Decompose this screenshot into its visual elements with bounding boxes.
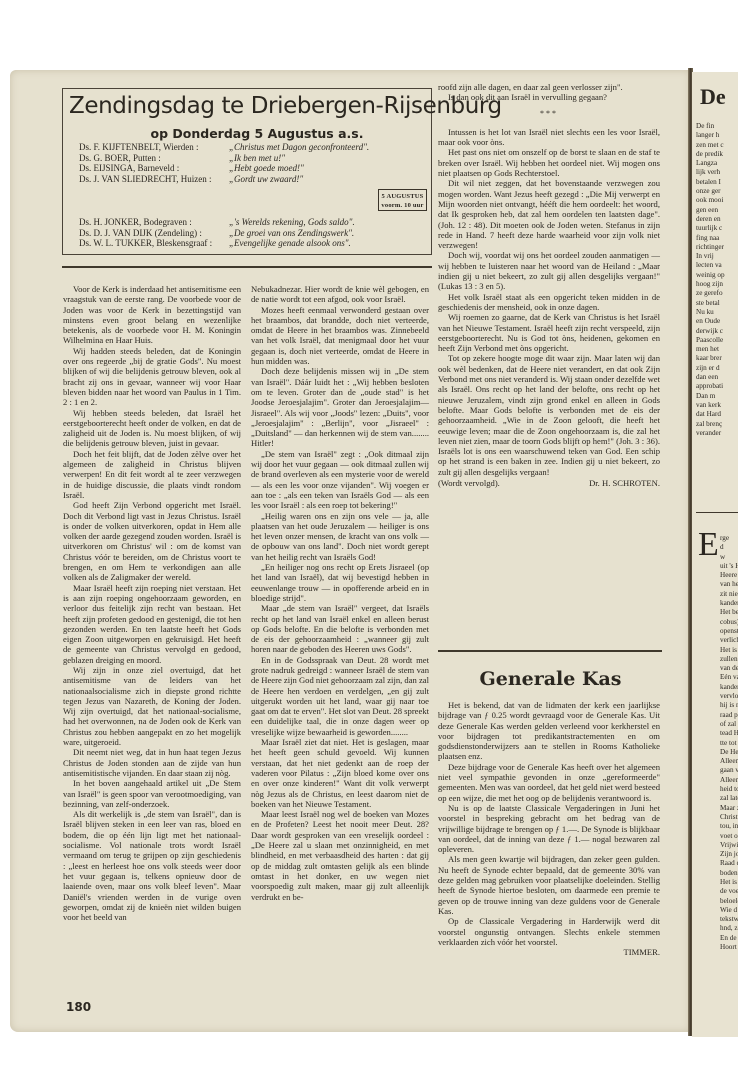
speaker-name: Ds. W. L. TUKKER, Bleskensgraaf : bbox=[79, 238, 229, 249]
text-line: Het is bbox=[720, 878, 738, 887]
paragraph: „Heilig waren ons en zijn ons vele — ja,… bbox=[251, 511, 429, 562]
speaker-topic: „'s Werelds rekening, Gods saldo". bbox=[229, 217, 355, 228]
text-line: cobus) st bbox=[720, 618, 738, 627]
section-divider bbox=[62, 266, 432, 268]
paragraph: „De stem van Israël" zegt : „Ook ditmaal… bbox=[251, 449, 429, 511]
speaker-row: Ds. W. L. TUKKER, Bleskensgraaf :„Evenge… bbox=[79, 238, 429, 249]
text-line: weinig op bbox=[696, 271, 725, 280]
paragraph: En in de Godsspraak van Deut. 28 wordt m… bbox=[251, 655, 429, 737]
speaker-name: Ds. EIJSINGA, Barneveld : bbox=[79, 163, 229, 174]
text-line: Christus, bbox=[720, 813, 738, 822]
text-line: tte tot ir bbox=[720, 739, 738, 748]
text-line: zijn er d bbox=[696, 364, 725, 373]
text-line: de voet z bbox=[720, 887, 738, 896]
text-line: w bbox=[720, 553, 738, 562]
drop-cap: E bbox=[698, 530, 719, 560]
paragraph: Als men geen kwartje wil bijdragen, dan … bbox=[438, 854, 660, 916]
paragraph: „En heiliger nog ons recht op Erets Jisr… bbox=[251, 562, 429, 603]
text-line: d bbox=[720, 543, 738, 552]
text-line: Alleen, bbox=[720, 757, 738, 766]
text-line: van kerk bbox=[696, 401, 725, 410]
text-line: heid toe, bbox=[720, 785, 738, 794]
paragraph: Wij hadden steeds beleden, dat de Koning… bbox=[63, 346, 241, 408]
text-line: men het bbox=[696, 345, 725, 354]
text-line: Heere Je bbox=[720, 571, 738, 580]
announcement-date: op Donderdag 5 Augustus a.s. bbox=[63, 126, 431, 141]
text-line: hij is rer bbox=[720, 701, 738, 710]
paragraph: In het boven aangehaald artikel uit „De … bbox=[63, 778, 241, 809]
paragraph: Maar Israël ziet dat niet. Het is geslag… bbox=[251, 737, 429, 809]
text-line: tuurlijk c bbox=[696, 224, 725, 233]
date-box: 5 AUGUSTUS voorm. 10 uur bbox=[378, 189, 427, 211]
text-line: boden on bbox=[720, 869, 738, 878]
paragraph: Nu is op de laatste Classicale Vergaderi… bbox=[438, 803, 660, 854]
text-line: lecten va bbox=[696, 261, 725, 270]
text-line: van de l bbox=[720, 664, 738, 673]
text-line: verlichte bbox=[720, 636, 738, 645]
text-line: Eén van bbox=[720, 673, 738, 682]
text-line: fing naa bbox=[696, 234, 725, 243]
paragraph: God heeft Zijn Verbond opgericht met Isr… bbox=[63, 500, 241, 582]
paragraph: Als dit werkelijk is „de stem van Israël… bbox=[63, 809, 241, 922]
text-line: gen een bbox=[696, 206, 725, 215]
speaker-name: Ds. F. KIJFTENBELT, Wierden : bbox=[79, 142, 229, 153]
speaker-name: Ds. J. VAN SLIEDRECHT, Huizen : bbox=[79, 174, 229, 185]
speaker-topic: „Gordt uw zwaard!" bbox=[229, 174, 303, 185]
paragraph: Maar leest Israël nog wel de boeken van … bbox=[251, 809, 429, 902]
text-line: Wie d bbox=[720, 906, 738, 915]
announcement-title: Zendingsdag te Driebergen-Rijsenburg bbox=[69, 93, 429, 119]
paragraph: Voor de Kerk is inderdaad het antisemiti… bbox=[63, 284, 241, 346]
text-line: tead Her bbox=[720, 729, 738, 738]
section-divider bbox=[438, 650, 662, 652]
text-line: rge bbox=[720, 534, 738, 543]
next-page-text-top: De finlanger hzen met cde predikLangzali… bbox=[696, 122, 725, 438]
speaker-row: Ds. G. BOER, Putten :„Ik ben met u!" bbox=[79, 153, 429, 164]
speaker-name: Ds. G. BOER, Putten : bbox=[79, 153, 229, 164]
text-line: dan een bbox=[696, 373, 725, 382]
text-line: voet op bbox=[720, 832, 738, 841]
speaker-name: Ds. H. JONKER, Bodegraven : bbox=[79, 217, 229, 228]
text-line: tekstwoo bbox=[720, 915, 738, 924]
text-line: zal laten, bbox=[720, 794, 738, 803]
speaker-topic: „Ik ben met u!" bbox=[229, 153, 285, 164]
text-line: zen met c bbox=[696, 141, 725, 150]
text-line: dat Hard bbox=[696, 410, 725, 419]
paragraph: Intussen is het lot van Israël niet slec… bbox=[438, 127, 660, 148]
text-line: Alleen, bbox=[720, 776, 738, 785]
speaker-row: Ds. H. JONKER, Bodegraven :„'s Werelds r… bbox=[79, 217, 429, 228]
text-line: derwijk c bbox=[696, 327, 725, 336]
author-name: TIMMER. bbox=[438, 947, 660, 957]
text-line: deren en bbox=[696, 215, 725, 224]
paragraph: Het past ons niet om onszelf op de borst… bbox=[438, 147, 660, 178]
paragraph: Dit neemt niet weg, dat in hun haat tege… bbox=[63, 747, 241, 778]
speaker-name: Ds. D. J. VAN DIJK (Zendeling) : bbox=[79, 228, 229, 239]
paragraph: Wij roemen zo gaarne, dat de Kerk van Ch… bbox=[438, 312, 660, 353]
paragraph: Maar „de stem van Israël" vergeet, dat I… bbox=[251, 603, 429, 654]
text-line: Raad de bbox=[720, 859, 738, 868]
paragraph: Wij hebben steeds beleden, dat Israël he… bbox=[63, 408, 241, 449]
text-line: onze ger bbox=[696, 187, 725, 196]
paragraph: Nebukadnezar. Hier wordt de knie wèl geb… bbox=[251, 284, 429, 305]
announcement-box: Zendingsdag te Driebergen-Rijsenburg op … bbox=[62, 88, 432, 255]
text-line: lijk verh bbox=[696, 168, 725, 177]
paragraph: Maar Israël heeft zijn roeping niet vers… bbox=[63, 583, 241, 665]
paragraph: Doch het feit blijft, dat de Joden zèlve… bbox=[63, 449, 241, 500]
text-line: zit niem bbox=[720, 590, 738, 599]
article-column-3: roofd zijn alle dagen, en daar zal geen … bbox=[438, 82, 660, 488]
paragraph: Doch deze belijdenis missen wij in „De s… bbox=[251, 366, 429, 448]
paragraph: Mozes heeft eenmaal verwonderd gestaan o… bbox=[251, 305, 429, 367]
text-line: Maar z bbox=[720, 804, 738, 813]
text-line: zal brenç bbox=[696, 420, 725, 429]
text-line: zullen ge bbox=[720, 655, 738, 664]
text-line: beloelde bbox=[720, 897, 738, 906]
next-page-text-bottom: rgedwuit 's HHeere Jevan hetzit niemkand… bbox=[720, 534, 738, 952]
text-line: de predik bbox=[696, 150, 725, 159]
article-signature: (Wordt vervolgd). Dr. H. SCHROTEN. bbox=[438, 478, 660, 488]
text-line: Hoort bbox=[720, 943, 738, 952]
speaker-row: Ds. EIJSINGA, Barneveld :„Hebt goede moe… bbox=[79, 163, 429, 174]
speaker-topic: „Evengelijke genade alsook ons". bbox=[229, 238, 351, 249]
paragraph: Is dan ook dit aan Israël in vervulling … bbox=[438, 92, 660, 102]
text-line: hoog zijn bbox=[696, 280, 725, 289]
speaker-row: Ds. J. VAN SLIEDRECHT, Huizen :„Gordt uw… bbox=[79, 174, 429, 185]
text-line: betalen I bbox=[696, 178, 725, 187]
paragraph: Doch wij, voordat wij ons het oordeel zo… bbox=[438, 250, 660, 291]
paragraph: Op de Classicale Vergadering in Harderwi… bbox=[438, 916, 660, 947]
text-line: langer h bbox=[696, 131, 725, 140]
text-line: In vrij bbox=[696, 252, 725, 261]
text-line: raad pleg bbox=[720, 711, 738, 720]
text-line: ook mooi bbox=[696, 196, 725, 205]
text-line: Zijn jong bbox=[720, 850, 738, 859]
text-line: ste betal bbox=[696, 299, 725, 308]
page-number: 180 bbox=[66, 1000, 91, 1014]
text-line: Het beke bbox=[720, 608, 738, 617]
text-line: hnd, zo I bbox=[720, 924, 738, 933]
text-line: verander bbox=[696, 429, 725, 438]
text-line: openstaa bbox=[720, 627, 738, 636]
paragraph: Tot op zekere hoogte moge dit waar zijn.… bbox=[438, 353, 660, 477]
speaker-row: Ds. D. J. VAN DIJK (Zendeling) :„De groe… bbox=[79, 228, 429, 239]
generale-kas-article: Het is bekend, dat van de lidmaten der k… bbox=[438, 700, 660, 957]
text-line: tou, in v bbox=[720, 822, 738, 831]
text-line: uit 's H bbox=[720, 562, 738, 571]
text-line: Vrijwillig bbox=[720, 841, 738, 850]
text-line: richtinger bbox=[696, 243, 725, 252]
speaker-topic: „Christus met Dagon geconfronteerd". bbox=[229, 142, 369, 153]
morning-speakers: Ds. F. KIJFTENBELT, Wierden :„Christus m… bbox=[79, 142, 429, 184]
text-line: De He bbox=[720, 748, 738, 757]
paragraph: Het volk Israël staat als een opgericht … bbox=[438, 292, 660, 313]
text-line: kander in bbox=[720, 599, 738, 608]
text-line: En de bbox=[720, 934, 738, 943]
speaker-topic: „De groei van ons Zendingswerk". bbox=[229, 228, 354, 239]
next-page-title: De bbox=[700, 84, 726, 110]
paragraph: Deze bijdrage voor de Generale Kas heeft… bbox=[438, 762, 660, 803]
next-page-fragment: De De finlanger hzen met cde predikLangz… bbox=[692, 72, 738, 1037]
paragraph: Wij zijn in onze ziel overtuigd, dat het… bbox=[63, 665, 241, 747]
text-line: ze gerefo bbox=[696, 289, 725, 298]
author-name: Dr. H. SCHROTEN. bbox=[589, 478, 660, 488]
text-line: Langza bbox=[696, 159, 725, 168]
text-line: Paascolle bbox=[696, 336, 725, 345]
paragraph: roofd zijn alle dagen, en daar zal geen … bbox=[438, 82, 660, 92]
text-line: kander s bbox=[720, 683, 738, 692]
text-line: approbati bbox=[696, 382, 725, 391]
generale-kas-title: Generale Kas bbox=[438, 668, 663, 690]
text-line: Dan m bbox=[696, 392, 725, 401]
speaker-row: Ds. F. KIJFTENBELT, Wierden :„Christus m… bbox=[79, 142, 429, 153]
text-line: en Oude bbox=[696, 317, 725, 326]
text-line: gaan vol bbox=[720, 766, 738, 775]
text-line: De fin bbox=[696, 122, 725, 131]
speaker-topic: „Hebt goede moed!" bbox=[229, 163, 304, 174]
text-line: of zal ke bbox=[720, 720, 738, 729]
text-line: Het is bbox=[720, 646, 738, 655]
paragraph: Het is bekend, dat van de lidmaten der k… bbox=[438, 700, 660, 762]
article-column-1: Voor de Kerk is inderdaad het antisemiti… bbox=[63, 284, 241, 922]
text-line: van het bbox=[720, 580, 738, 589]
article-column-2: Nebukadnezar. Hier wordt de knie wèl geb… bbox=[251, 284, 429, 902]
paragraph: Dit wil niet zeggen, dat het bovenstaand… bbox=[438, 178, 660, 250]
text-line: Nu ku bbox=[696, 308, 725, 317]
text-line: kaar brer bbox=[696, 354, 725, 363]
afternoon-speakers: Ds. H. JONKER, Bodegraven :„'s Werelds r… bbox=[79, 217, 429, 249]
text-line: vervloeki bbox=[720, 692, 738, 701]
section-separator: *** bbox=[438, 109, 660, 119]
